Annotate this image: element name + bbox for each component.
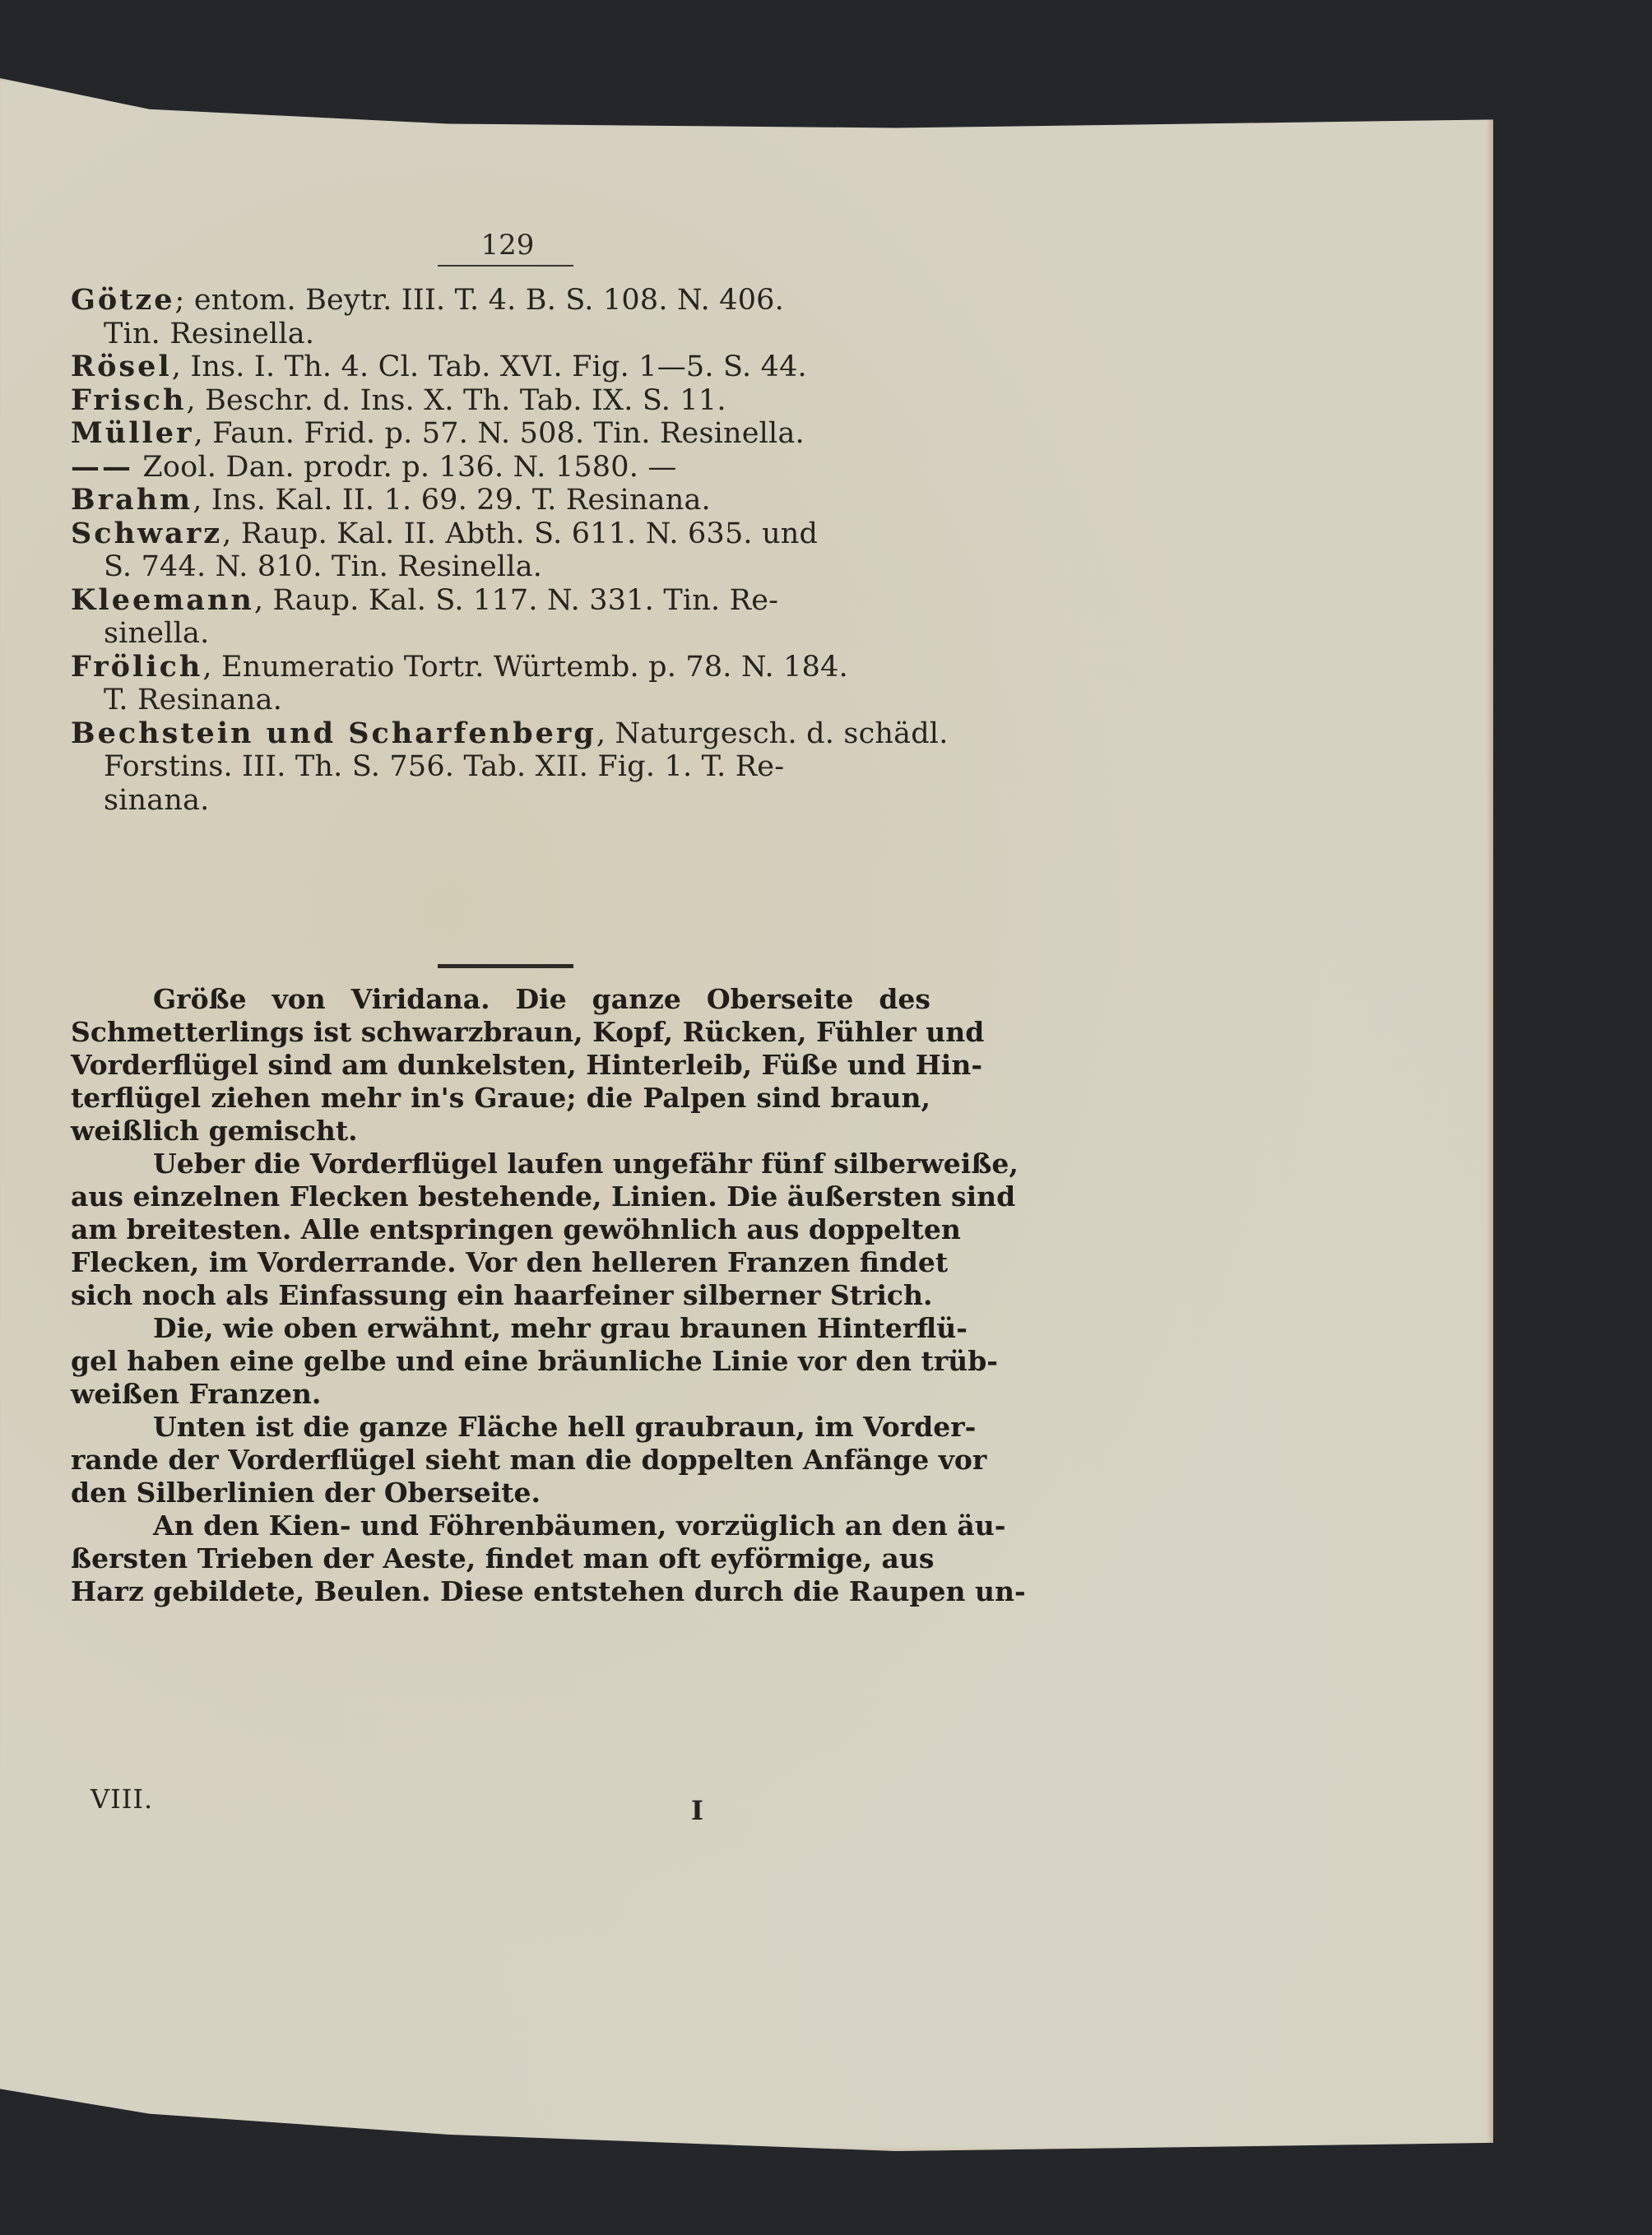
text-line: Größe von Viridana. Die ganze Oberseite … — [71, 983, 930, 1016]
reference-citation: Forstins. III. Th. S. 756. Tab. XII. Fig… — [104, 750, 784, 783]
text-line: rande der Vorderflügel sieht man die dop… — [71, 1444, 930, 1477]
reference-line: Frisch, Beschr. d. Ins. X. Th. Tab. IX. … — [71, 384, 930, 418]
signature-mark: VIII. — [90, 1783, 153, 1815]
paragraph: Größe von Viridana. Die ganze Oberseite … — [71, 983, 930, 1148]
page-number-rule — [438, 265, 573, 267]
reference-citation: , Ins. I. Th. 4. Cl. Tab. XVI. Fig. 1—5.… — [172, 350, 807, 383]
text-line: weißlich gemischt. — [71, 1115, 930, 1148]
paragraph: Ueber die Vorderflügel laufen ungefähr f… — [71, 1148, 930, 1312]
reference-citation: S. 744. N. 810. Tin. Resinella. — [104, 550, 542, 583]
catchword: I — [691, 1795, 703, 1826]
reference-author: Götze — [71, 283, 175, 317]
section-divider — [438, 964, 573, 968]
description-text: Größe von Viridana. Die ganze Oberseite … — [71, 983, 930, 1608]
reference-citation: sinella. — [104, 617, 209, 650]
reference-line: Brahm, Ins. Kal. II. 1. 69. 29. T. Resin… — [71, 484, 930, 517]
reference-line: Müller, Faun. Frid. p. 57. N. 508. Tin. … — [71, 417, 930, 451]
reference-citation: , Ins. Kal. II. 1. 69. 29. T. Resinana. — [193, 484, 711, 517]
text-line: Die, wie oben erwähnt, mehr grau braunen… — [71, 1312, 930, 1345]
text-line: gel haben eine gelbe und eine bräunliche… — [71, 1345, 930, 1378]
text-line: den Silberlinien der Oberseite. — [71, 1477, 930, 1509]
reference-line: —— Zool. Dan. prodr. p. 136. N. 1580. — — [71, 451, 930, 485]
reference-citation: , Raup. Kal. S. 117. N. 331. Tin. Re- — [254, 584, 778, 617]
reference-citation: , Beschr. d. Ins. X. Th. Tab. IX. S. 11. — [186, 384, 726, 417]
reference-line: S. 744. N. 810. Tin. Resinella. — [71, 550, 930, 584]
reference-line: Kleemann, Raup. Kal. S. 117. N. 331. Tin… — [71, 584, 930, 618]
bibliography-references: Götze; entom. Beytr. III. T. 4. B. S. 10… — [71, 284, 930, 817]
text-line: aus einzelnen Flecken bestehende, Linien… — [71, 1180, 930, 1213]
reference-citation: , Faun. Frid. p. 57. N. 508. Tin. Resine… — [194, 417, 805, 450]
reference-author: Kleemann — [71, 583, 254, 617]
text-line: Schmetterlings ist schwarzbraun, Kopf, R… — [71, 1016, 930, 1049]
text-line: An den Kien- und Föhrenbäumen, vorzüglic… — [71, 1509, 930, 1542]
text-line: Harz gebildete, Beulen. Diese entstehen … — [71, 1575, 930, 1608]
paragraph: An den Kien- und Föhrenbäumen, vorzüglic… — [71, 1509, 930, 1608]
text-line: Flecken, im Vorderrande. Vor den hellere… — [71, 1246, 930, 1279]
reference-citation: sinana. — [104, 784, 210, 817]
text-line: sich noch als Einfassung ein haarfeiner … — [71, 1279, 930, 1312]
text-line: am breitesten. Alle entspringen gewöhnli… — [71, 1213, 930, 1246]
reference-citation: Tin. Resinella. — [104, 318, 314, 350]
reference-line: Rösel, Ins. I. Th. 4. Cl. Tab. XVI. Fig.… — [71, 350, 930, 384]
text-line: Vorderflügel sind am dunkelsten, Hinterl… — [71, 1049, 930, 1082]
reference-author: Rösel — [71, 350, 172, 383]
text-line: weißen Franzen. — [71, 1378, 930, 1411]
reference-citation: T. Resinana. — [104, 684, 282, 716]
reference-citation: , Raup. Kal. II. Abth. S. 611. N. 635. u… — [222, 517, 818, 550]
text-line: terflügel ziehen mehr in's Graue; die Pa… — [71, 1082, 930, 1115]
reference-line: sinella. — [71, 617, 930, 651]
reference-citation: Zool. Dan. prodr. p. 136. N. 1580. — — [133, 451, 677, 484]
text-line: Ueber die Vorderflügel laufen ungefähr f… — [71, 1148, 930, 1180]
paragraph: Die, wie oben erwähnt, mehr grau braunen… — [71, 1312, 930, 1411]
text-line: ßersten Trieben der Aeste, findet man of… — [71, 1542, 930, 1575]
reference-line: Bechstein und Scharfenberg, Naturgesch. … — [71, 717, 930, 751]
reference-line: Götze; entom. Beytr. III. T. 4. B. S. 10… — [71, 284, 930, 318]
reference-author: —— — [71, 450, 133, 484]
reference-author: Frölich — [71, 650, 202, 684]
reference-line: Schwarz, Raup. Kal. II. Abth. S. 611. N.… — [71, 517, 930, 551]
reference-citation: , Naturgesch. d. schädl. — [596, 717, 949, 750]
reference-author: Brahm — [71, 483, 193, 517]
reference-citation: , Enumeratio Tortr. Würtemb. p. 78. N. 1… — [202, 651, 848, 684]
reference-author: Müller — [71, 416, 194, 450]
reference-line: Forstins. III. Th. S. 756. Tab. XII. Fig… — [71, 750, 930, 784]
text-line: Unten ist die ganze Fläche hell graubrau… — [71, 1411, 930, 1444]
paragraph: Unten ist die ganze Fläche hell graubrau… — [71, 1411, 930, 1509]
reference-author: Frisch — [71, 383, 186, 417]
reference-line: sinana. — [71, 784, 930, 818]
reference-line: Tin. Resinella. — [71, 318, 930, 351]
reference-author: Bechstein und Scharfenberg — [71, 716, 596, 750]
reference-author: Schwarz — [71, 517, 222, 550]
reference-line: T. Resinana. — [71, 684, 930, 717]
reference-citation: ; entom. Beytr. III. T. 4. B. S. 108. N.… — [175, 284, 784, 317]
reference-line: Frölich, Enumeratio Tortr. Würtemb. p. 7… — [71, 651, 930, 684]
page-number: 129 — [479, 229, 536, 262]
